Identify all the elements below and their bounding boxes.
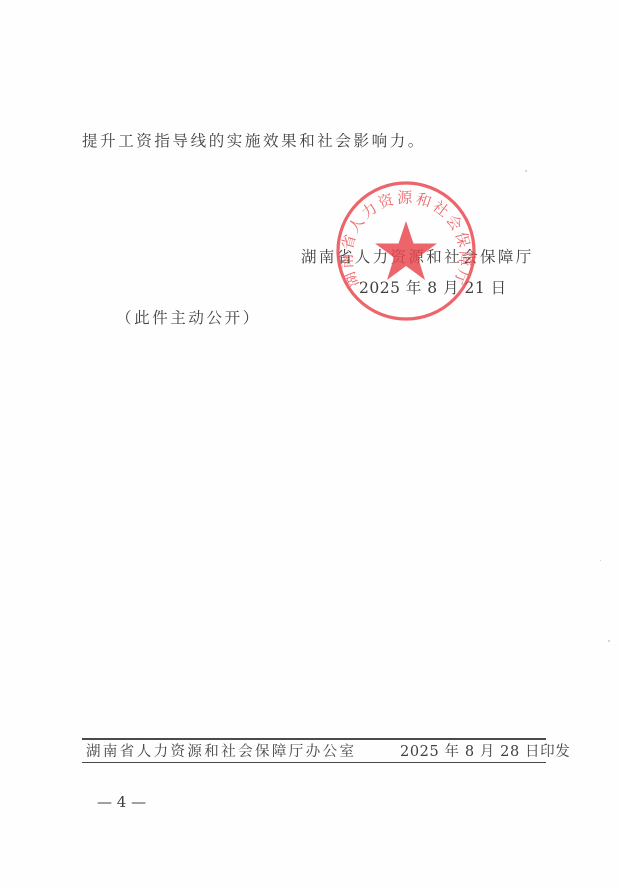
svg-text:湖南省人力资源和社会保障厅: 湖南省人力资源和社会保障厅 <box>338 189 475 290</box>
body-paragraph-line: 提升工资指导线的实施效果和社会影响力。 <box>82 129 426 151</box>
seal-text: 湖南省人力资源和社会保障厅 <box>338 189 475 290</box>
scan-speck <box>600 560 601 561</box>
scan-speck <box>608 640 610 642</box>
footer-issuer: 湖南省人力资源和社会保障厅办公室 <box>86 740 356 761</box>
page-number: — 4 — <box>97 793 146 811</box>
document-page: 提升工资指导线的实施效果和社会影响力。 湖南省人力资源和社会保障厅 2025 年… <box>0 0 620 888</box>
scan-speck <box>525 170 527 172</box>
signature-date: 2025 年 8 月 21 日 <box>359 276 507 298</box>
footer-issue-date: 2025 年 8 月 28 日印发 <box>400 740 570 761</box>
signature-organization: 湖南省人力资源和社会保障厅 <box>301 245 534 267</box>
disclosure-note: （此件主动公开） <box>116 306 261 328</box>
footer-bottom-rule <box>82 762 546 763</box>
